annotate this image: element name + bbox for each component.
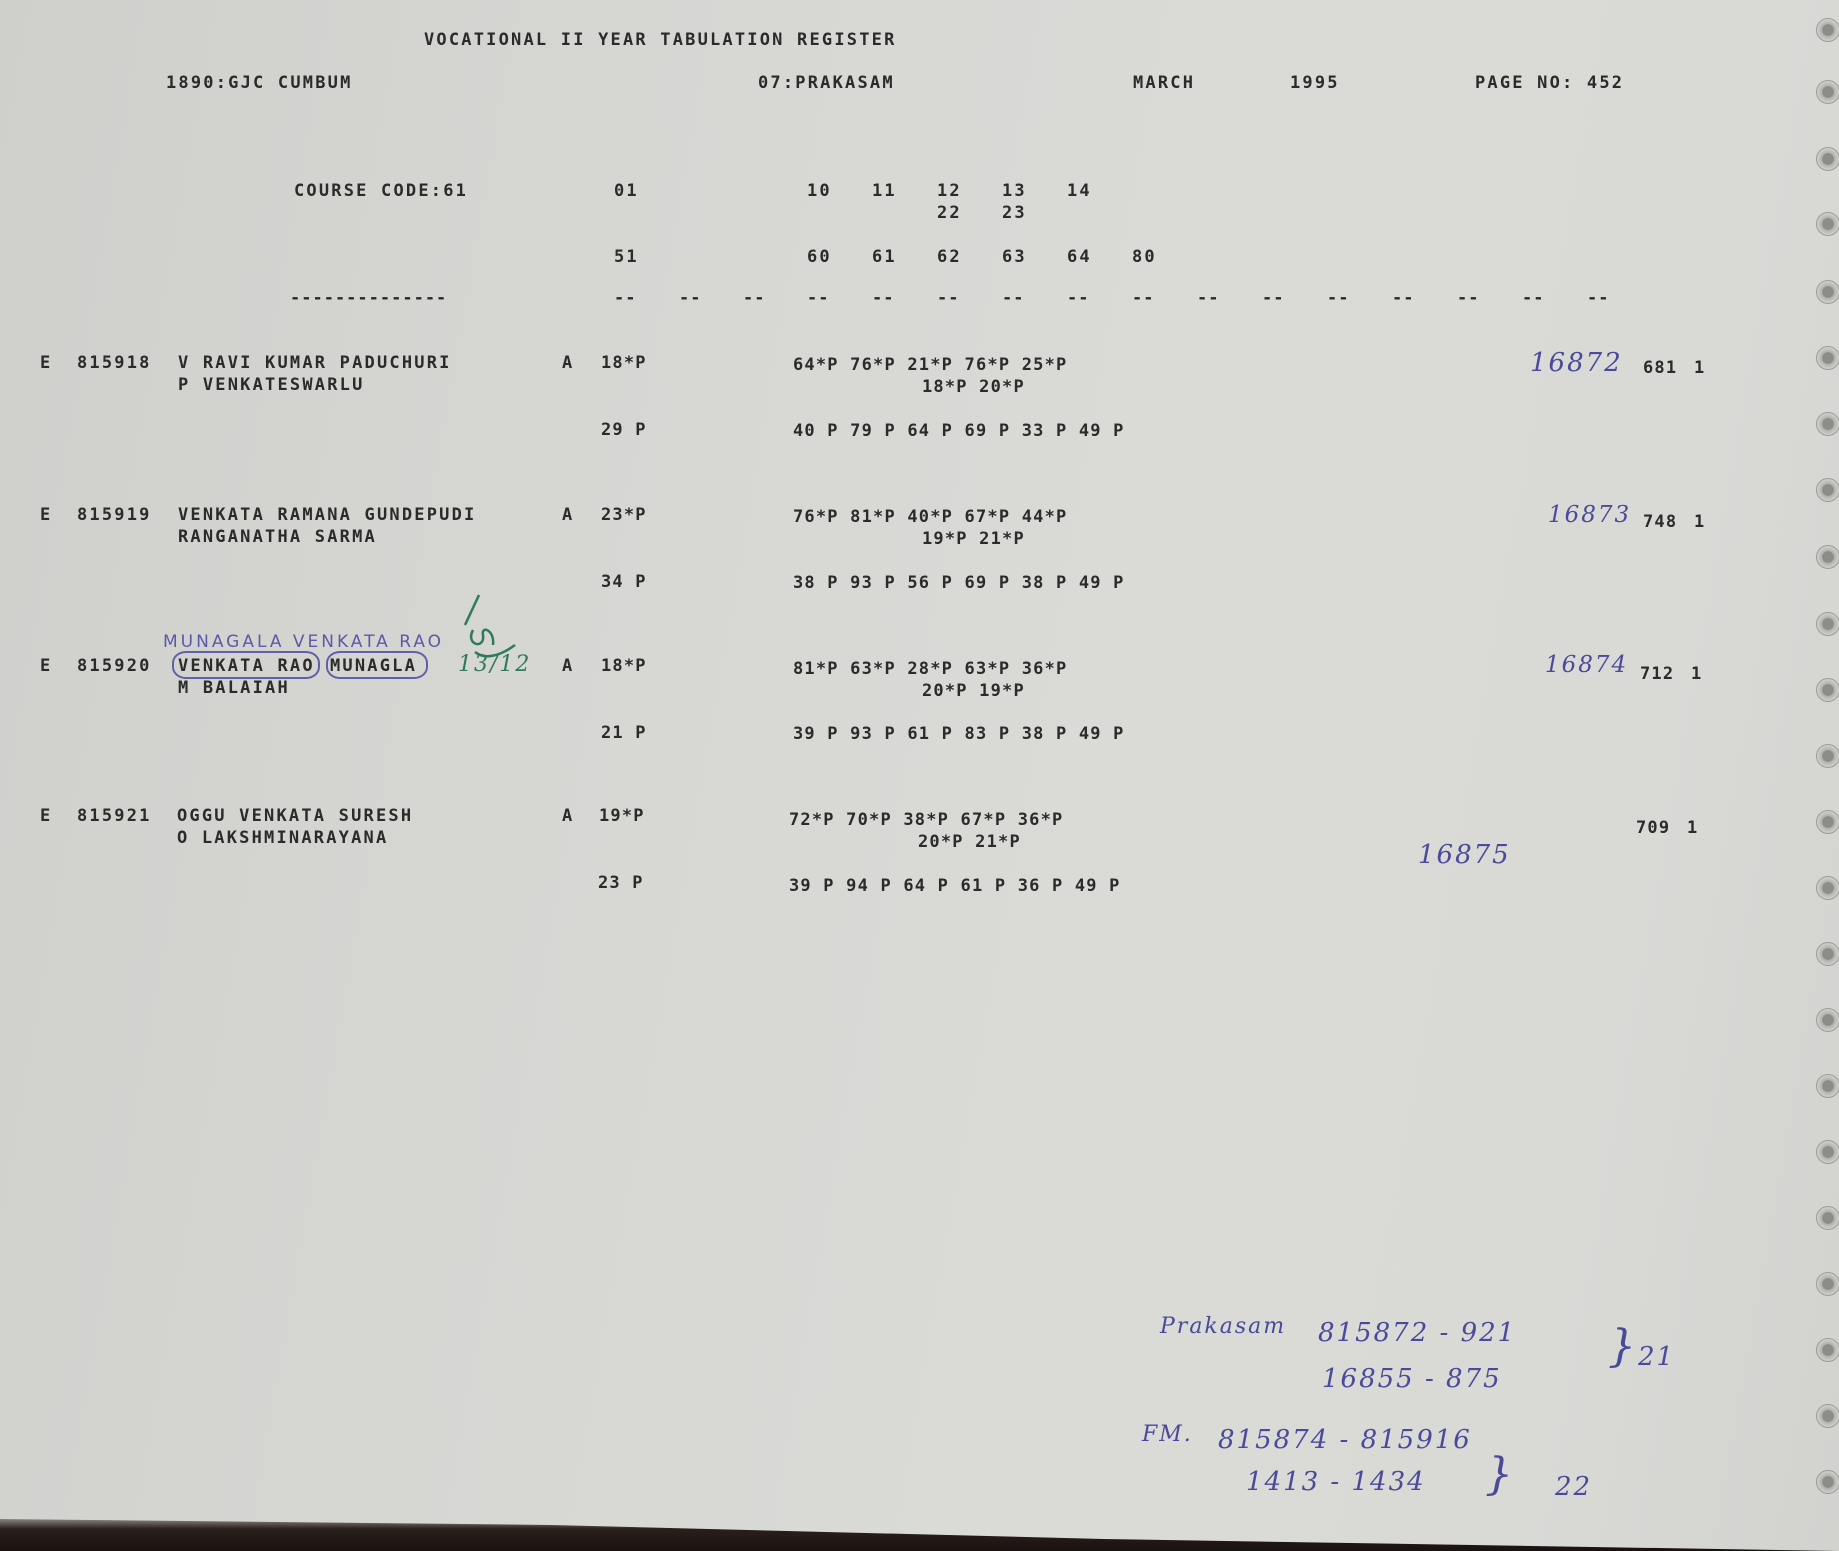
subject-code: 63 — [1002, 247, 1027, 267]
rule-short: -- — [807, 288, 829, 308]
total-marks: 709 — [1636, 818, 1670, 838]
rule-short: -- — [1132, 288, 1154, 308]
college-code: 1890:GJC CUMBUM — [166, 73, 353, 93]
binding-hole-icon — [1816, 1338, 1839, 1362]
rule-short: -- — [1457, 288, 1479, 308]
note-hall-ticket-range: 815872 - 921 — [1318, 1318, 1516, 1348]
record-prefix: E — [40, 505, 52, 525]
subject-code: 62 — [937, 247, 962, 267]
first-year-mark: 18*P — [601, 353, 647, 373]
binding-hole-icon — [1816, 1206, 1839, 1230]
note-label-prakasam: Prakasam — [1160, 1312, 1286, 1342]
note-fm-hall-ticket-range: 815874 - 815916 — [1218, 1425, 1472, 1455]
binding-hole-icon — [1816, 1404, 1839, 1428]
binding-hole-icon — [1816, 1074, 1839, 1098]
binding-hole-icon — [1816, 147, 1839, 171]
result-class: 1 — [1687, 818, 1699, 838]
binding-hole-icon — [1816, 1470, 1839, 1494]
subject-code: 14 — [1067, 181, 1092, 201]
student-name: OGGU VENKATA SURESH — [177, 806, 413, 826]
second-year-mark: 34 P — [601, 572, 647, 592]
first-year-sub-marks: 20*P 21*P — [918, 832, 1021, 852]
binding-hole-icon — [1816, 412, 1839, 436]
rule-short: -- — [937, 288, 959, 308]
medium: A — [562, 353, 574, 373]
second-year-marks: 38 P 93 P 56 P 69 P 38 P 49 P — [793, 573, 1125, 593]
rule-short: -- — [1002, 288, 1024, 308]
record-prefix: E — [40, 353, 52, 373]
exam-year: 1995 — [1290, 73, 1340, 93]
medium: A — [562, 505, 574, 525]
total-marks: 748 — [1643, 512, 1677, 532]
subject-code: 10 — [807, 181, 832, 201]
binding-hole-icon — [1816, 280, 1839, 304]
subject-code: 13 — [1002, 181, 1027, 201]
student-name: VENKATA RAMANA GUNDEPUDI — [178, 505, 476, 525]
first-year-mark: 18*P — [601, 656, 647, 676]
hall-ticket-number: 815918 — [77, 353, 152, 373]
second-year-marks: 40 P 79 P 64 P 69 P 33 P 49 P — [793, 421, 1125, 441]
binding-hole-icon — [1816, 212, 1839, 236]
page-edge-shadow — [0, 1511, 1839, 1551]
second-year-mark: 21 P — [601, 723, 647, 743]
father-name: P VENKATESWARLU — [178, 375, 365, 395]
father-name: RANGANATHA SARMA — [178, 527, 377, 547]
binding-hole-icon — [1816, 876, 1839, 900]
first-year-marks: 81*P 63*P 28*P 63*P 36*P — [793, 659, 1067, 679]
rule-short: -- — [1197, 288, 1219, 308]
note-count: 21 — [1638, 1342, 1675, 1372]
handwritten-serial: 16874 — [1545, 650, 1628, 680]
rule-short: -- — [872, 288, 894, 308]
student-name: V RAVI KUMAR PADUCHURI — [178, 353, 452, 373]
note-brace-icon: } — [1608, 1322, 1638, 1372]
subject-code: 11 — [872, 181, 897, 201]
hall-ticket-number: 815919 — [77, 505, 152, 525]
first-year-sub-marks: 18*P 20*P — [922, 377, 1025, 397]
binding-hole-icon — [1816, 80, 1839, 104]
note-fm-count: 22 — [1555, 1472, 1592, 1502]
subject-code: 23 — [1002, 203, 1027, 223]
rule-short: -- — [743, 288, 765, 308]
total-marks: 681 — [1643, 358, 1677, 378]
first-year-marks: 76*P 81*P 40*P 67*P 44*P — [793, 507, 1067, 527]
binding-hole-icon — [1816, 612, 1839, 636]
rule-short: -- — [1067, 288, 1089, 308]
handwritten-serial: 16872 — [1530, 348, 1623, 378]
note-brace-icon: } — [1485, 1450, 1515, 1500]
handwritten-serial: 16875 — [1418, 840, 1511, 870]
handwritten-serial: 16873 — [1548, 500, 1631, 530]
father-name: M BALAIAH — [178, 678, 290, 698]
rule-short: -- — [1262, 288, 1284, 308]
result-class: 1 — [1691, 664, 1703, 684]
first-year-sub-marks: 19*P 21*P — [922, 529, 1025, 549]
note-label-fm: FM. — [1142, 1420, 1193, 1450]
subject-code: 51 — [614, 247, 639, 267]
subject-code: 01 — [614, 181, 639, 201]
first-year-marks: 72*P 70*P 38*P 67*P 36*P — [789, 810, 1063, 830]
second-year-marks: 39 P 94 P 64 P 61 P 36 P 49 P — [789, 876, 1121, 896]
first-year-sub-marks: 20*P 19*P — [922, 681, 1025, 701]
second-year-mark: 23 P — [598, 873, 644, 893]
record-prefix: E — [40, 656, 52, 676]
second-year-mark: 29 P — [601, 420, 647, 440]
rule-short: -- — [1522, 288, 1544, 308]
binding-hole-icon — [1816, 1140, 1839, 1164]
course-code-label: COURSE CODE:61 — [294, 181, 468, 201]
report-title: VOCATIONAL II YEAR TABULATION REGISTER — [424, 30, 897, 50]
binding-hole-icon — [1816, 1008, 1839, 1032]
father-name: O LAKSHMINARAYANA — [177, 828, 388, 848]
rule-long: -------------- — [290, 288, 447, 308]
hall-ticket-number: 815921 — [77, 806, 152, 826]
record-prefix: E — [40, 806, 52, 826]
total-marks: 712 — [1640, 664, 1674, 684]
result-class: 1 — [1694, 512, 1706, 532]
binding-hole-icon — [1816, 810, 1839, 834]
binding-hole-icon — [1816, 744, 1839, 768]
binding-hole-icon — [1816, 346, 1839, 370]
name-highlight-oval — [172, 651, 320, 679]
binding-hole-icon — [1816, 1272, 1839, 1296]
subject-code: 22 — [937, 203, 962, 223]
medium: A — [562, 806, 574, 826]
register-page: VOCATIONAL II YEAR TABULATION REGISTER 1… — [0, 0, 1839, 1551]
signature-mark-icon — [455, 590, 525, 680]
rule-short: -- — [614, 288, 636, 308]
binding-hole-icon — [1816, 942, 1839, 966]
binding-hole-icon — [1816, 678, 1839, 702]
subject-code: 12 — [937, 181, 962, 201]
hall-ticket-number: 815920 — [77, 656, 152, 676]
note-serial-range: 16855 - 875 — [1322, 1364, 1502, 1394]
binding-hole-icon — [1816, 545, 1839, 569]
subject-code: 60 — [807, 247, 832, 267]
binding-hole-icon — [1816, 478, 1839, 502]
subject-code: 64 — [1067, 247, 1092, 267]
first-year-mark: 19*P — [599, 806, 645, 826]
rule-short: -- — [1587, 288, 1609, 308]
page-number: PAGE NO: 452 — [1475, 73, 1624, 93]
first-year-marks: 64*P 76*P 21*P 76*P 25*P — [793, 355, 1067, 375]
district-code: 07:PRAKASAM — [758, 73, 895, 93]
surname-highlight-oval — [326, 651, 428, 679]
second-year-marks: 39 P 93 P 61 P 83 P 38 P 49 P — [793, 724, 1125, 744]
note-fm-serial-range: 1413 - 1434 — [1246, 1467, 1426, 1497]
result-class: 1 — [1694, 358, 1706, 378]
medium: A — [562, 656, 574, 676]
rule-short: -- — [1327, 288, 1349, 308]
subject-code: 61 — [872, 247, 897, 267]
rule-short: -- — [679, 288, 701, 308]
subject-code: 80 — [1132, 247, 1157, 267]
first-year-mark: 23*P — [601, 505, 647, 525]
binding-hole-icon — [1816, 18, 1839, 42]
exam-month: MARCH — [1133, 73, 1195, 93]
rule-short: -- — [1392, 288, 1414, 308]
